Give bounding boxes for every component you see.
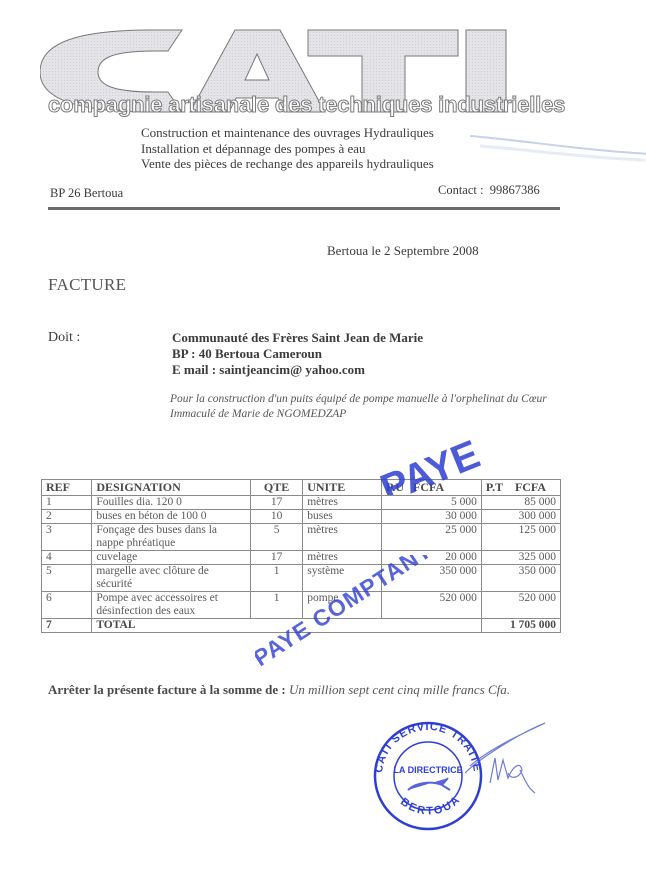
cell-designation: Pompe avec accessoires et désinfection d… [92, 592, 251, 619]
seal-emblem-icon [408, 778, 450, 790]
postal-box: BP 26 Bertoua [50, 186, 123, 201]
cell-designation: Fouilles dia. 120 0 [92, 496, 251, 510]
company-seal: CATI SERVICE TRAITEUR BERTOUA LA DIRECTR… [370, 718, 550, 833]
paid-cash-stamp: PAYE COMPTANT [255, 555, 430, 675]
table-row: 2buses en béton de 100 010buses30 000300… [42, 510, 561, 524]
cell-ref: 4 [42, 551, 92, 565]
col-designation: DESIGNATION [92, 480, 251, 496]
cell-total-price: 350 000 [481, 565, 560, 592]
contact-label: Contact : [438, 183, 483, 197]
cell-total-price: 520 000 [481, 592, 560, 619]
col-total-price: P.T FCFA [481, 480, 560, 496]
seal-center-text: LA DIRECTRICE [393, 765, 462, 775]
doit-label: Doit : [48, 330, 80, 346]
amount-in-words: Arrêter la présente facture à la somme d… [48, 682, 510, 698]
cell-ref: 6 [42, 592, 92, 619]
cell-unite: mètres [303, 524, 382, 551]
col-ref: REF [42, 480, 92, 496]
contact-number: 99867386 [490, 183, 540, 197]
cell-unit-price: 30 000 [382, 510, 482, 524]
paid-stamp-text: PAYE [375, 432, 483, 495]
place-date: Bertoua le 2 Septembre 2008 [327, 243, 479, 259]
invoice-purpose: Pour la construction d'un puits équipé d… [170, 392, 560, 422]
cell-ref: 2 [42, 510, 92, 524]
seal-bottom-text: BERTOUA [398, 793, 463, 817]
paid-cash-stamp-text: PAYE COMPTANT [255, 555, 430, 671]
total-ref: 7 [42, 619, 92, 633]
col-qte: QTE [250, 480, 302, 496]
svg-text:BERTOUA: BERTOUA [398, 793, 463, 817]
cell-unit-price: 5 000 [382, 496, 482, 510]
scan-streak [470, 132, 646, 162]
header-divider [48, 207, 560, 210]
service-item: Construction et maintenance des ouvrages… [141, 125, 434, 141]
cell-unite: buses [303, 510, 382, 524]
cell-ref: 3 [42, 524, 92, 551]
cell-qte: 5 [250, 524, 302, 551]
cell-qte: 10 [250, 510, 302, 524]
svg-text:CATI: CATI [40, 20, 76, 24]
cell-total-price: 300 000 [481, 510, 560, 524]
cell-qte: 17 [250, 496, 302, 510]
services-list: Construction et maintenance des ouvrages… [141, 125, 434, 172]
cell-designation: Fonçage des buses dans la nappe phréatiq… [92, 524, 251, 551]
cell-total-price: 85 000 [481, 496, 560, 510]
paid-stamp: PAYE [368, 425, 483, 495]
document-title: FACTURE [48, 275, 126, 295]
client-block: Communauté des Frères Saint Jean de Mari… [172, 330, 423, 378]
cell-total-price: 125 000 [481, 524, 560, 551]
client-name: Communauté des Frères Saint Jean de Mari… [172, 330, 423, 346]
table-row: 3Fonçage des buses dans la nappe phréati… [42, 524, 561, 551]
service-item: Vente des pièces de rechange des apparei… [141, 156, 434, 172]
contact-info: Contact : 99867386 [438, 183, 540, 198]
cell-unite: mètres [303, 496, 382, 510]
service-item: Installation et dépannage des pompes à e… [141, 141, 434, 157]
cell-designation: margelle avec clôture de sécurité [92, 565, 251, 592]
cell-ref: 5 [42, 565, 92, 592]
cell-designation: cuvelage [92, 551, 251, 565]
cell-ref: 1 [42, 496, 92, 510]
client-email: E mail : saintjeancim@ yahoo.com [172, 362, 423, 378]
cell-unit-price: 25 000 [382, 524, 482, 551]
company-tagline: compagnie artisanale des techniques indu… [48, 92, 565, 118]
client-address: BP : 40 Bertoua Cameroun [172, 346, 423, 362]
cell-total-price: 325 000 [481, 551, 560, 565]
total-amount: 1 705 000 [481, 619, 560, 633]
amount-words: Un million sept cent cinq mille francs C… [289, 682, 510, 697]
table-row: 1Fouilles dia. 120 017mètres5 00085 000 [42, 496, 561, 510]
amount-label: Arrêter la présente facture à la somme d… [48, 682, 286, 697]
cell-designation: buses en béton de 100 0 [92, 510, 251, 524]
